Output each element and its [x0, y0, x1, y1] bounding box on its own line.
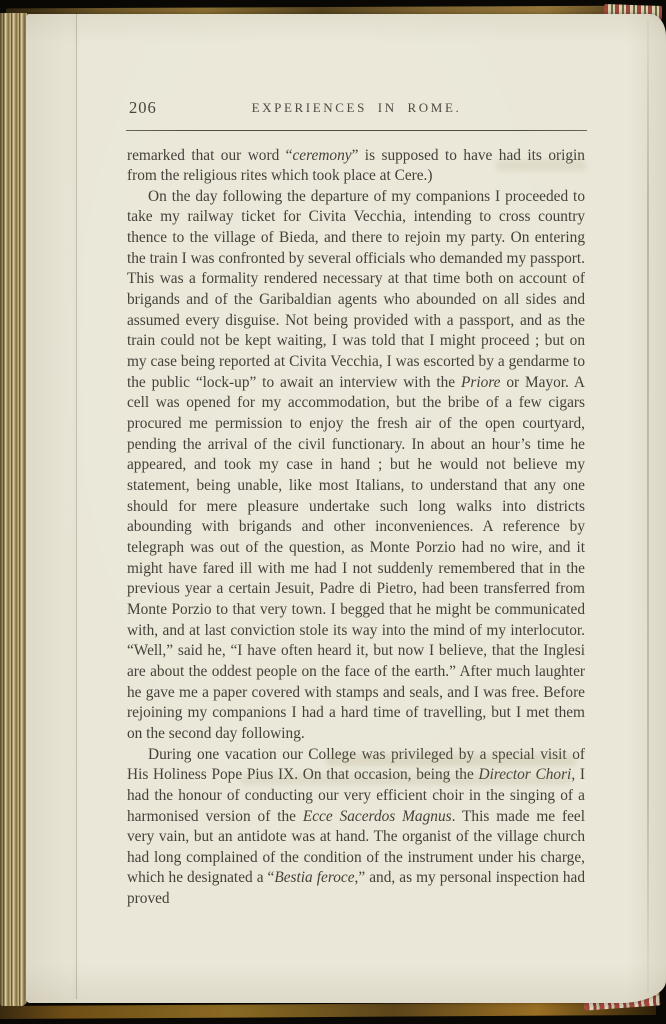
page-crease	[647, 20, 649, 993]
paragraph: On the day following the departure of my…	[127, 187, 585, 745]
text-run: On the day following the departure of my…	[127, 188, 585, 391]
ink-bleed-through	[496, 160, 586, 171]
page-edges-left	[0, 13, 27, 1006]
italic-text: ceremony	[292, 147, 351, 164]
book-page: 206 EXPERIENCES IN ROME. remarked that o…	[26, 14, 666, 1003]
page-header: 206 EXPERIENCES IN ROME.	[127, 98, 586, 120]
underlying-page-edge	[76, 14, 77, 999]
text-run: remarked that our word “	[127, 147, 292, 164]
text-block: remarked that our word “ceremony” is sup…	[127, 146, 585, 910]
italic-text: Bestia feroce	[274, 869, 354, 886]
book-cover-bottom-edge	[0, 1002, 656, 1019]
running-title: EXPERIENCES IN ROME.	[127, 100, 586, 116]
paragraph: During one vacation our College was priv…	[127, 745, 585, 910]
italic-text: Ecce Sacerdos Magnus	[303, 808, 452, 825]
ink-bleed-through	[326, 754, 576, 766]
book-photo: 206 EXPERIENCES IN ROME. remarked that o…	[0, 0, 666, 1024]
italic-text: Priore	[461, 374, 501, 391]
text-run: or Mayor. A cell was opened for my accom…	[127, 374, 585, 742]
header-rule	[126, 130, 587, 131]
ink-bleed-through	[241, 774, 571, 785]
